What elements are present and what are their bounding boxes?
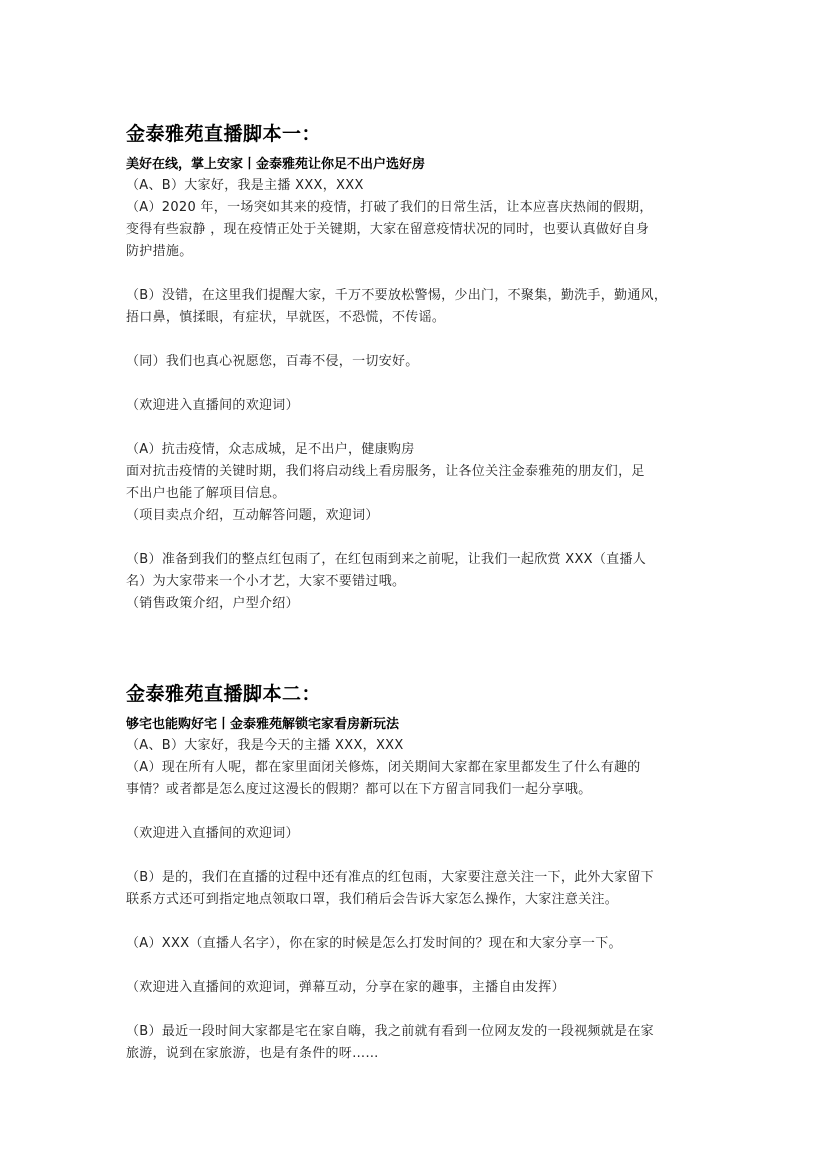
blank-line bbox=[126, 417, 716, 439]
blank-line bbox=[126, 527, 716, 549]
blank-line bbox=[126, 955, 716, 977]
blank-line bbox=[126, 373, 716, 395]
blank-line bbox=[126, 911, 716, 933]
paragraph-line: （B）准备到我们的整点红包雨了，在红包雨到来之前呢，让我们一起欣赏 XXX（直播… bbox=[126, 549, 716, 571]
paragraph-line: （B）最近一段时间大家都是宅在家自嗨，我之前就有看到一位网友发的一段视频就是在家 bbox=[126, 1021, 716, 1043]
script-section-1: 金泰雅苑直播脚本一： 美好在线，掌上安家丨金泰雅苑让你足不出户选好房 （A、B）… bbox=[126, 121, 716, 615]
paragraph-line: 捂口鼻，慎揉眼，有症状，早就医，不恐慌，不传谣。 bbox=[126, 307, 716, 329]
blank-line bbox=[126, 329, 716, 351]
section-body: （A、B）大家好，我是主播 XXX，XXX （A）2020 年，一场突如其来的疫… bbox=[126, 175, 716, 615]
blank-line bbox=[126, 801, 716, 823]
paragraph-line: （B）没错，在这里我们提醒大家，千万不要放松警惕，少出门，不聚集，勤洗手，勤通风… bbox=[126, 285, 716, 307]
paragraph-line: （项目卖点介绍，互动解答问题，欢迎词） bbox=[126, 505, 716, 527]
paragraph-line: （销售政策介绍，户型介绍） bbox=[126, 593, 716, 615]
paragraph-line: （A）2020 年，一场突如其来的疫情，打破了我们的日常生活，让本应喜庆热闹的假… bbox=[126, 197, 716, 219]
blank-line bbox=[126, 999, 716, 1021]
paragraph-line: 不出户也能了解项目信息。 bbox=[126, 483, 716, 505]
paragraph-line: （欢迎进入直播间的欢迎词） bbox=[126, 395, 716, 417]
paragraph-line: 事情？或者都是怎么度过这漫长的假期？都可以在下方留言同我们一起分享哦。 bbox=[126, 779, 716, 801]
paragraph-line: （欢迎进入直播间的欢迎词） bbox=[126, 823, 716, 845]
paragraph-line: （A）XXX（直播人名字），你在家的时候是怎么打发时间的？现在和大家分享一下。 bbox=[126, 933, 716, 955]
paragraph-line: （B）是的，我们在直播的过程中还有准点的红包雨，大家要注意关注一下，此外大家留下 bbox=[126, 867, 716, 889]
script-section-2: 金泰雅苑直播脚本二： 够宅也能购好宅丨金泰雅苑解锁宅家看房新玩法 （A、B）大家… bbox=[126, 681, 716, 1065]
paragraph-line: 防护措施。 bbox=[126, 241, 716, 263]
paragraph-line: 变得有些寂静 ，现在疫情正处于关键期，大家在留意疫情状况的同时，也要认真做好自身 bbox=[126, 219, 716, 241]
blank-line bbox=[126, 845, 716, 867]
section-subtitle: 够宅也能购好宅丨金泰雅苑解锁宅家看房新玩法 bbox=[126, 715, 716, 735]
paragraph-line: （欢迎进入直播间的欢迎词，弹幕互动，分享在家的趣事，主播自由发挥） bbox=[126, 977, 716, 999]
section-title: 金泰雅苑直播脚本一： bbox=[126, 121, 716, 147]
paragraph-line: 旅游，说到在家旅游，也是有条件的呀…… bbox=[126, 1043, 716, 1065]
section-subtitle: 美好在线，掌上安家丨金泰雅苑让你足不出户选好房 bbox=[126, 155, 716, 175]
paragraph-line: 面对抗击疫情的关键时期，我们将启动线上看房服务，让各位关注金泰雅苑的朋友们，足 bbox=[126, 461, 716, 483]
paragraph-line: （A）抗击疫情，众志成城，足不出户，健康购房 bbox=[126, 439, 716, 461]
paragraph-line: （A、B）大家好，我是主播 XXX，XXX bbox=[126, 175, 716, 197]
section-title: 金泰雅苑直播脚本二： bbox=[126, 681, 716, 707]
paragraph-line: （A、B）大家好，我是今天的主播 XXX，XXX bbox=[126, 735, 716, 757]
paragraph-line: （A）现在所有人呢，都在家里面闭关修炼，闭关期间大家都在家里都发生了什么有趣的 bbox=[126, 757, 716, 779]
paragraph-line: 名）为大家带来一个小才艺，大家不要错过哦。 bbox=[126, 571, 716, 593]
section-body: （A、B）大家好，我是今天的主播 XXX，XXX （A）现在所有人呢，都在家里面… bbox=[126, 735, 716, 1065]
blank-line bbox=[126, 263, 716, 285]
paragraph-line: 联系方式还可到指定地点领取口罩，我们稍后会告诉大家怎么操作，大家注意关注。 bbox=[126, 889, 716, 911]
paragraph-line: （同）我们也真心祝愿您，百毒不侵，一切安好。 bbox=[126, 351, 716, 373]
